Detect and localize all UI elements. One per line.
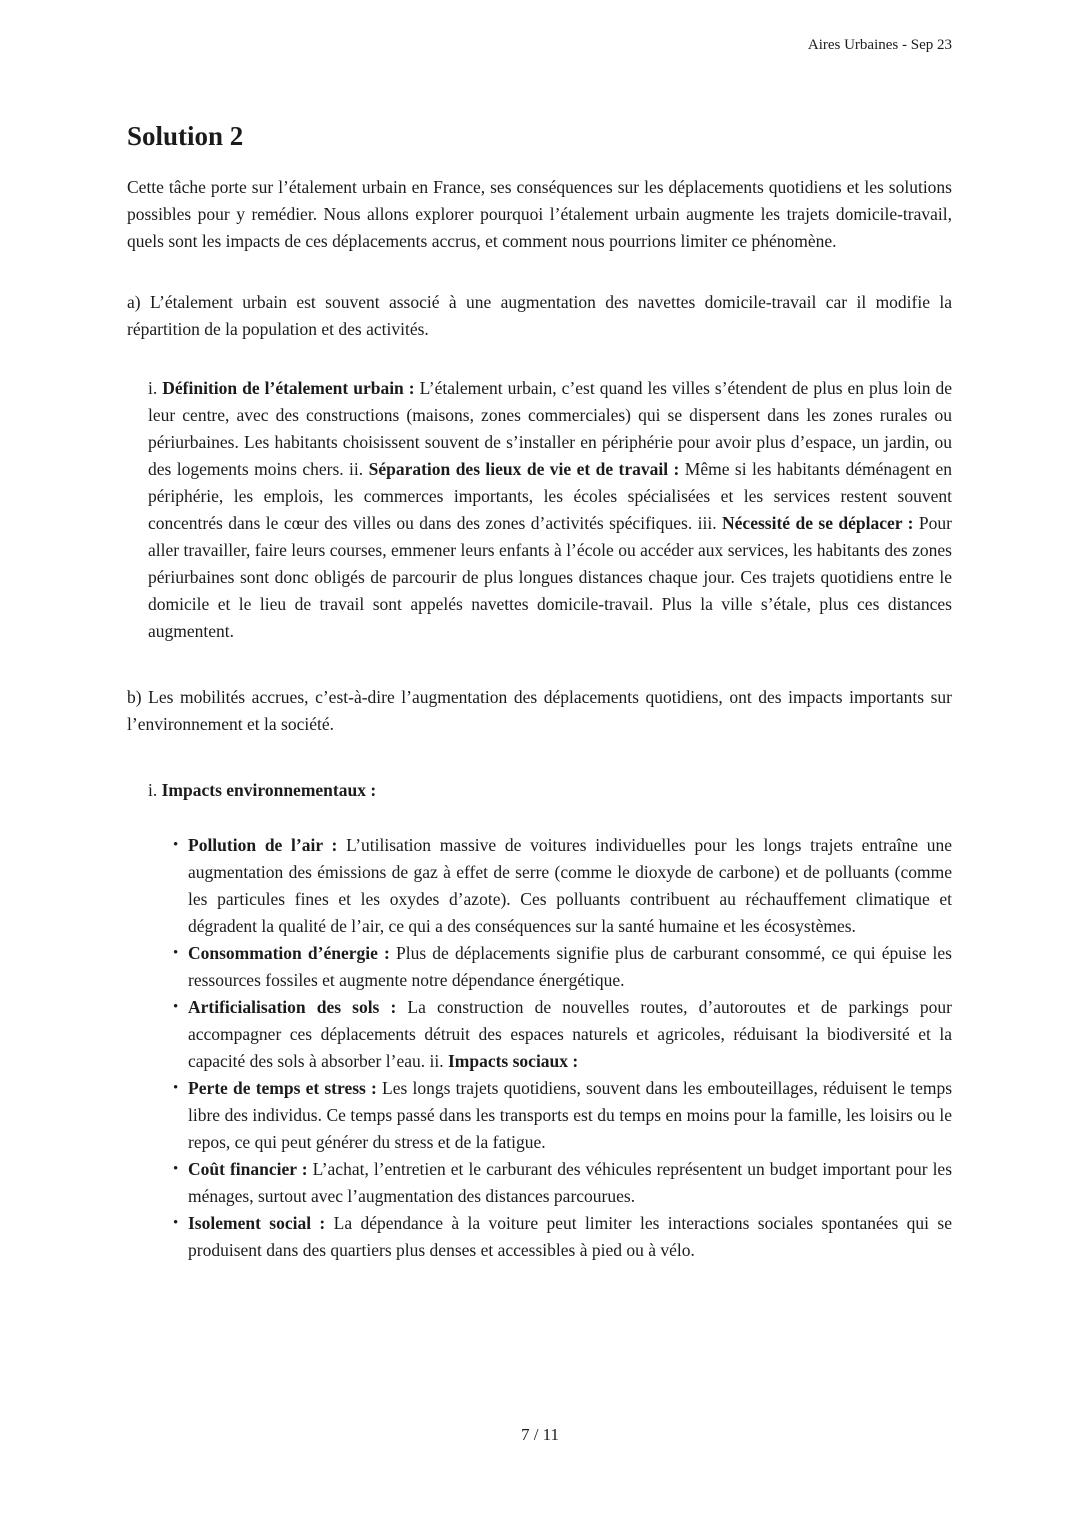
paragraph: a) L’étalement urbain est souvent associ… [127, 289, 952, 343]
bold-text-run: Définition de l’étalement urbain : [162, 378, 414, 398]
text-run: i. [148, 780, 162, 800]
text-run: Cette tâche porte sur l’étalement urbain… [127, 177, 952, 251]
list-item: Artificialisation des sols : La construc… [188, 994, 952, 1075]
text-run: a) L’étalement urbain est souvent associ… [127, 292, 952, 339]
paragraph: b) Les mobilités accrues, c’est-à-dire l… [127, 684, 952, 738]
page-content: Cette tâche porte sur l’étalement urbain… [127, 174, 952, 1264]
text-run: i. [148, 378, 162, 398]
page-title: Solution 2 [127, 122, 952, 150]
bold-text-run: Impacts sociaux : [448, 1051, 578, 1071]
list-item: Perte de temps et stress : Les longs tra… [188, 1075, 952, 1156]
bold-text-run: Pollution de l’air : [188, 835, 337, 855]
bold-text-run: Consommation d’énergie : [188, 943, 390, 963]
list-item: Coût financier : L’achat, l’entretien et… [188, 1156, 952, 1210]
text-run: b) Les mobilités accrues, c’est-à-dire l… [127, 687, 952, 734]
bold-text-run: Nécessité de se déplacer : [722, 513, 913, 533]
bold-text-run: Impacts environnementaux : [162, 780, 377, 800]
page-header: Aires Urbaines - Sep 23 [127, 36, 952, 54]
paragraph: i. Impacts environnementaux : [148, 777, 952, 804]
bold-text-run: Séparation des lieux de vie et de travai… [369, 459, 680, 479]
bold-text-run: Coût financier : [188, 1159, 308, 1179]
document-page: Aires Urbaines - Sep 23 Solution 2 Cette… [0, 0, 1080, 1527]
paragraph: Cette tâche porte sur l’étalement urbain… [127, 174, 952, 255]
list-item: Isolement social : La dépendance à la vo… [188, 1210, 952, 1264]
bullet-list: Pollution de l’air : L’utilisation massi… [148, 832, 952, 1264]
bold-text-run: Artificialisation des sols : [188, 997, 396, 1017]
page-number: 7 / 11 [0, 1424, 1080, 1446]
list-item: Consommation d’énergie : Plus de déplace… [188, 940, 952, 994]
bold-text-run: Isolement social : [188, 1213, 325, 1233]
list-item: Pollution de l’air : L’utilisation massi… [188, 832, 952, 940]
bold-text-run: Perte de temps et stress : [188, 1078, 377, 1098]
paragraph: i. Définition de l’étalement urbain : L’… [148, 375, 952, 645]
